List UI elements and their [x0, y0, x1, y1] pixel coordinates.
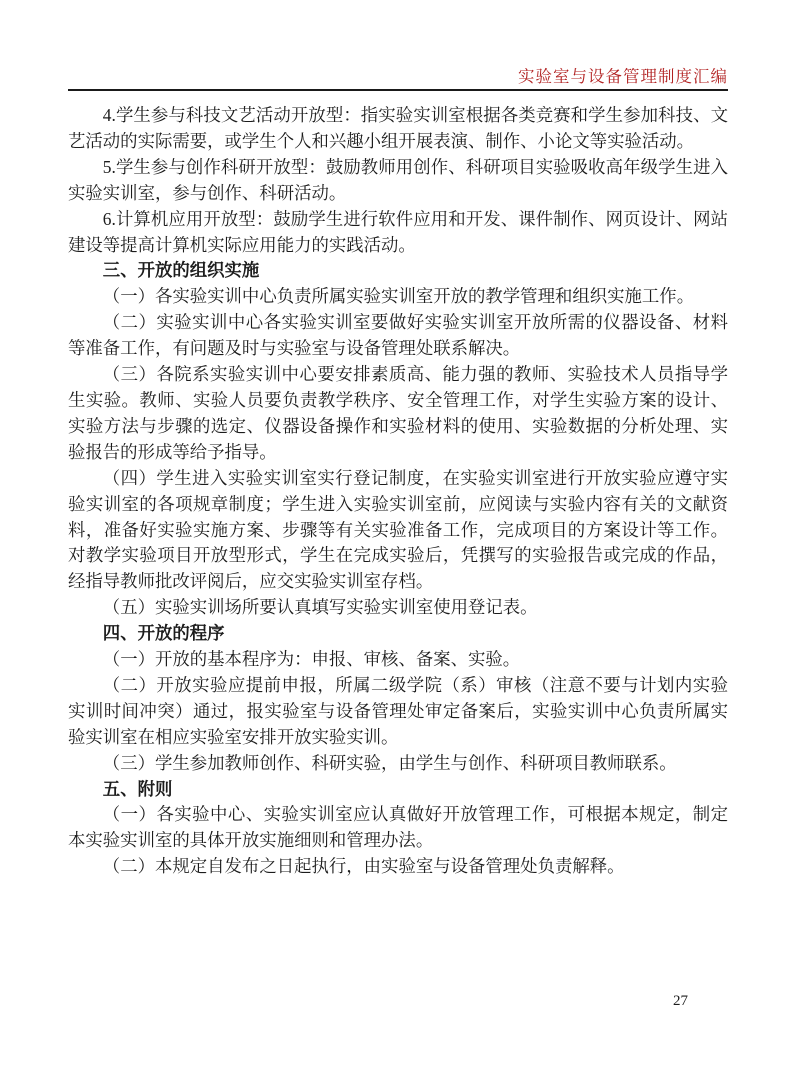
section-3-item-3: （三）各院系实验实训中心要安排素质高、能力强的教师、实验技术人员指导学生实验。教… [68, 362, 728, 466]
section-4-item-2: （二）开放实验应提前申报，所属二级学院（系）审核（注意不要与计划内实验实训时间冲… [68, 673, 728, 751]
header-running-title: 实验室与设备管理制度汇编 [68, 66, 728, 88]
section-3-item-5: （五）实验实训场所要认真填写实验实训室使用登记表。 [68, 595, 728, 621]
paragraph-open-type-5: 5.学生参与创作科研开放型：鼓励教师用创作、科研项目实验吸收高年级学生进入实验实… [68, 155, 728, 207]
section-3-item-1: （一）各实验实训中心负责所属实验实训室开放的教学管理和组织实施工作。 [68, 284, 728, 310]
section-5-item-2: （二）本规定自发布之日起执行，由实验室与设备管理处负责解释。 [68, 854, 728, 880]
document-page: 实验室与设备管理制度汇编 4.学生参与科技文艺活动开放型：指实验实训室根据各类竞… [0, 0, 793, 1077]
paragraph-open-type-4: 4.学生参与科技文艺活动开放型：指实验实训室根据各类竞赛和学生参加科技、文艺活动… [68, 103, 728, 155]
paragraph-open-type-6: 6.计算机应用开放型：鼓励学生进行软件应用和开发、课件制作、网页设计、网站建设等… [68, 207, 728, 259]
section-3-item-2: （二）实验实训中心各实验实训室要做好实验实训室开放所需的仪器设备、材料等准备工作… [68, 310, 728, 362]
section-5-item-1: （一）各实验中心、实验实训室应认真做好开放管理工作，可根据本规定，制定本实验实训… [68, 802, 728, 854]
section-4-item-3: （三）学生参加教师创作、科研实验，由学生与创作、科研项目教师联系。 [68, 751, 728, 777]
section-4-item-1: （一）开放的基本程序为：申报、审核、备案、实验。 [68, 647, 728, 673]
section-3-item-4: （四）学生进入实验实训室实行登记制度，在实验实训室进行开放实验应遵守实验实训室的… [68, 466, 728, 596]
page-number: 27 [68, 991, 688, 1011]
section-heading-3: 三、开放的组织实施 [68, 258, 728, 284]
header-rule [68, 89, 728, 91]
document-body: 4.学生参与科技文艺活动开放型：指实验实训室根据各类竞赛和学生参加科技、文艺活动… [68, 103, 728, 880]
section-heading-5: 五、附则 [68, 777, 728, 803]
section-heading-4: 四、开放的程序 [68, 621, 728, 647]
